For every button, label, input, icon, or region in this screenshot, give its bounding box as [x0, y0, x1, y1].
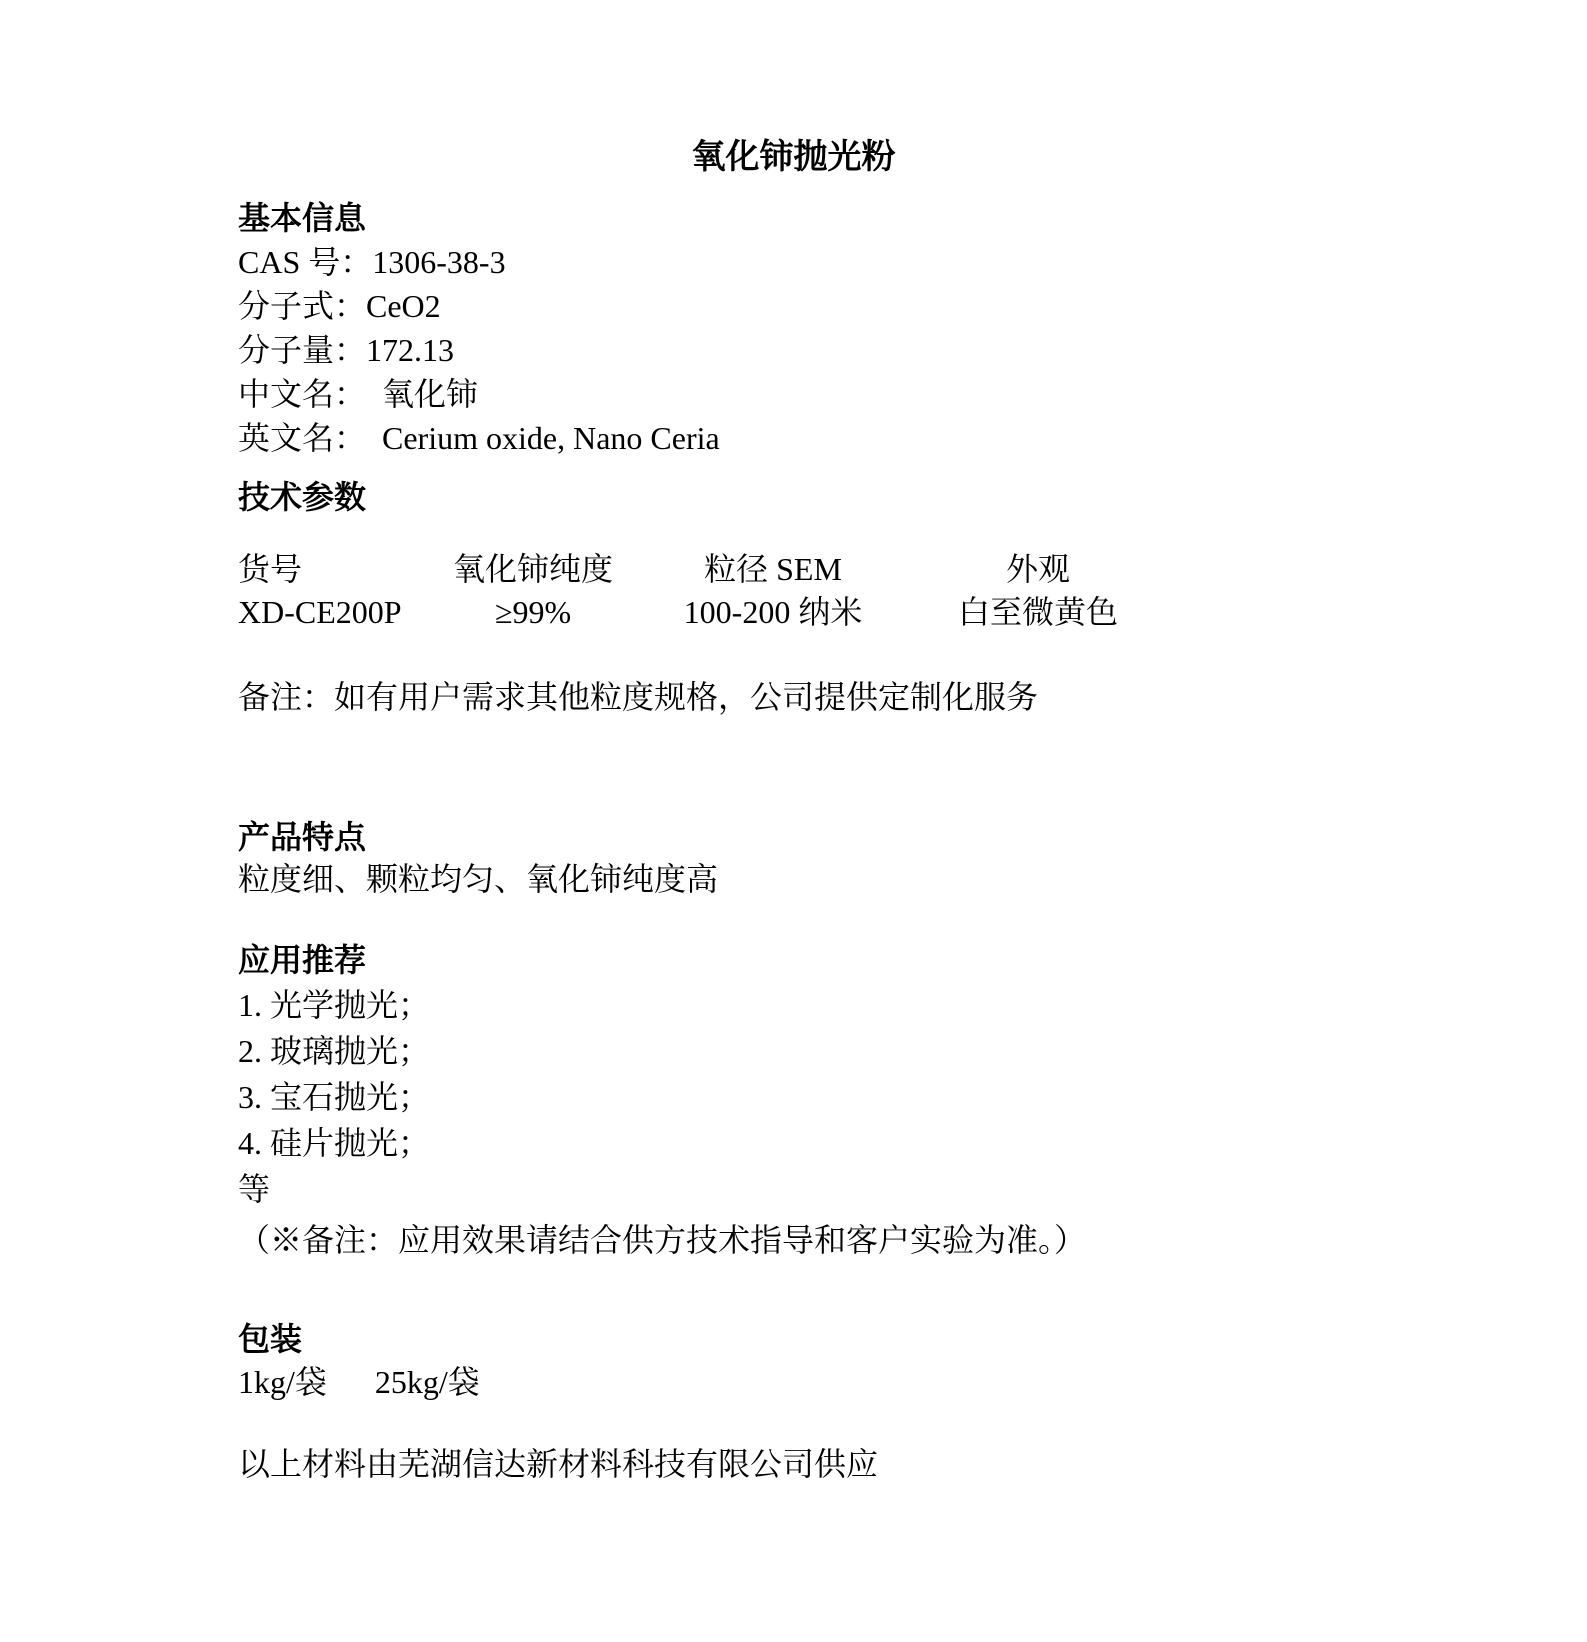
- spec-table: 货号 氧化铈纯度 粒径 SEM 外观 XD-CE200P ≥99% 100-20…: [238, 548, 1158, 634]
- basic-info-line-cas: CAS 号：1306-38-3: [238, 240, 720, 284]
- document-page: 氧化铈抛光粉 基本信息 CAS 号：1306-38-3 分子式：CeO2 分子量…: [0, 0, 1587, 1642]
- spec-header-item-no: 货号: [238, 548, 438, 591]
- basic-info-heading: 基本信息: [238, 196, 720, 240]
- applications-list: 1. 光学抛光； 2. 玻璃抛光； 3. 宝石抛光； 4. 硅片抛光； 等: [238, 982, 430, 1212]
- section-packaging: 包装 1kg/袋 25kg/袋: [238, 1318, 480, 1404]
- section-features: 产品特点 粒度细、颗粒均匀、氧化铈纯度高: [238, 816, 718, 900]
- application-item-silicon: 4. 硅片抛光；: [238, 1120, 430, 1166]
- page-title: 氧化铈抛光粉: [0, 136, 1587, 180]
- spec-value-particle-size: 100-200 纳米: [628, 591, 918, 634]
- basic-info-line-formula: 分子式：CeO2: [238, 284, 720, 328]
- features-body: 粒度细、颗粒均匀、氧化铈纯度高: [238, 858, 718, 900]
- spec-header-particle-size: 粒径 SEM: [628, 548, 918, 591]
- spec-value-appearance: 白至微黄色: [918, 591, 1158, 634]
- packaging-heading: 包装: [238, 1318, 480, 1361]
- basic-info-line-cn-name: 中文名： 氧化铈: [238, 372, 720, 416]
- application-item-glass: 2. 玻璃抛光；: [238, 1028, 430, 1074]
- spec-header-appearance: 外观: [918, 548, 1158, 591]
- tech-params-note: 备注：如有用户需求其他粒度规格，公司提供定制化服务: [238, 675, 1038, 719]
- spec-header-purity: 氧化铈纯度: [438, 548, 628, 591]
- spec-value-item-no: XD-CE200P: [238, 591, 438, 634]
- applications-note: （※备注：应用效果请结合供方技术指导和客户实验为准。）: [238, 1218, 1086, 1262]
- spec-table-data-row: XD-CE200P ≥99% 100-200 纳米 白至微黄色: [238, 591, 1158, 634]
- application-item-etc: 等: [238, 1166, 430, 1212]
- tech-params-heading: 技术参数: [238, 475, 366, 519]
- packaging-option-25kg: 25kg/袋: [375, 1364, 480, 1400]
- basic-info-line-en-name: 英文名： Cerium oxide, Nano Ceria: [238, 416, 720, 460]
- basic-info-line-molweight: 分子量：172.13: [238, 328, 720, 372]
- supplier-line: 以上材料由芜湖信达新材料科技有限公司供应: [238, 1442, 878, 1486]
- packaging-option-1kg: 1kg/袋: [238, 1364, 327, 1400]
- applications-heading: 应用推荐: [238, 938, 366, 982]
- spec-value-purity: ≥99%: [438, 591, 628, 634]
- section-basic-info: 基本信息 CAS 号：1306-38-3 分子式：CeO2 分子量：172.13…: [238, 196, 720, 460]
- application-item-gem: 3. 宝石抛光；: [238, 1074, 430, 1120]
- packaging-options: 1kg/袋 25kg/袋: [238, 1361, 480, 1404]
- features-heading: 产品特点: [238, 816, 718, 858]
- application-item-optical: 1. 光学抛光；: [238, 982, 430, 1028]
- spec-table-header-row: 货号 氧化铈纯度 粒径 SEM 外观: [238, 548, 1158, 591]
